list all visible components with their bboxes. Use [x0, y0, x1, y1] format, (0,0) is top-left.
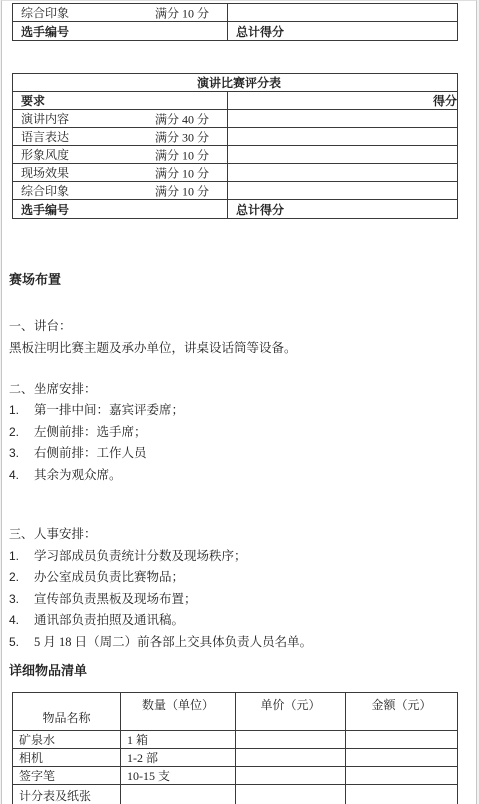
subsection-number: 三、 — [9, 524, 34, 546]
max-points-text: 满分 40 分 — [155, 110, 209, 127]
item-name-cell: 签字笔 — [13, 767, 121, 785]
list-item: 4. 通讯部负责拍照及通讯稿。 — [9, 610, 476, 632]
subsection-number: 一、 — [9, 316, 34, 338]
list-item: 3. 右侧前排：工作人员 — [9, 443, 476, 465]
subsection-number: 二、 — [9, 379, 34, 401]
quantity-cell — [121, 785, 236, 804]
table-row: 综合印象 满分 10 分 — [13, 182, 458, 200]
criterion-cell: 现场效果 满分 10 分 — [13, 164, 228, 182]
staffing-subsection: 三、 人事安排： 1. 学习部成员负责统计分数及现场秩序； 2. 办公室成员负责… — [9, 524, 476, 653]
quantity-header-cell: 数量（单位） — [121, 693, 236, 731]
list-item-text: 左侧前排：选手席； — [34, 422, 476, 444]
amount-header-cell: 金额（元） — [346, 693, 458, 731]
criterion-label: 演讲内容 — [21, 112, 69, 126]
score-value-cell — [228, 182, 458, 200]
player-number-cell: 选手编号 — [13, 200, 228, 219]
item-name-header-cell: 物品名称 — [13, 693, 121, 731]
list-item: 5. 5 月 18 日（周二）前各部上交具体负责人员名单。 — [9, 632, 476, 654]
table-row: 形象风度 满分 10 分 — [13, 146, 458, 164]
list-item-number: 4. — [9, 610, 34, 632]
player-number-cell: 选手编号 — [13, 22, 228, 41]
table-row: 相机 1-2 部 — [13, 749, 458, 767]
list-item-number: 4. — [9, 465, 34, 487]
criterion-cell: 演讲内容 满分 40 分 — [13, 110, 228, 128]
score-value-cell — [228, 146, 458, 164]
subsection-title-text: 讲台： — [34, 316, 476, 338]
list-item-text: 第一排中间：嘉宾评委席； — [34, 400, 476, 422]
unit-price-header-cell: 单价（元） — [236, 693, 346, 731]
table-title: 演讲比赛评分表 — [13, 74, 458, 92]
list-item: 4. 其余为观众席。 — [9, 465, 476, 487]
max-points-text: 满分 10 分 — [155, 164, 209, 181]
seating-subsection: 二、 坐席安排： 1. 第一排中间：嘉宾评委席； 2. 左侧前排：选手席； 3.… — [9, 379, 476, 487]
score-value-cell — [228, 164, 458, 182]
table-title-row: 演讲比赛评分表 — [13, 74, 458, 92]
list-item: 3. 宣传部负责黑板及现场布置； — [9, 589, 476, 611]
list-item-text: 通讯部负责拍照及通讯稿。 — [34, 610, 476, 632]
list-item: 1. 学习部成员负责统计分数及现场秩序； — [9, 546, 476, 568]
list-item-text: 右侧前排：工作人员 — [34, 443, 476, 465]
subsection-title-text: 人事安排： — [34, 524, 476, 546]
criterion-label: 综合印象 — [21, 184, 69, 198]
amount-cell — [346, 767, 458, 785]
table-row: 演讲内容 满分 40 分 — [13, 110, 458, 128]
score-header-cell: 得分 — [228, 92, 458, 110]
max-points-text: 满分 10 分 — [155, 182, 209, 199]
list-item-number: 1. — [9, 400, 34, 422]
speech-score-table: 演讲比赛评分表 要求 得分 演讲内容 满分 40 分 语言表达 满分 30 分 … — [12, 73, 458, 219]
amount-cell — [346, 785, 458, 804]
score-value-cell — [228, 4, 458, 22]
list-item-text: 5 月 18 日（周二）前各部上交具体负责人员名单。 — [34, 632, 476, 654]
list-item-text: 其余为观众席。 — [34, 465, 476, 487]
item-name-cell: 矿泉水 — [13, 731, 121, 749]
supplies-heading: 详细物品清单 — [9, 662, 476, 679]
subsection-title: 二、 坐席安排： — [9, 379, 476, 401]
list-item: 1. 第一排中间：嘉宾评委席； — [9, 400, 476, 422]
list-item-number: 5. — [9, 632, 34, 654]
subsection-title: 三、 人事安排： — [9, 524, 476, 546]
table-header-row: 要求 得分 — [13, 92, 458, 110]
table-row: 选手编号 总计得分 — [13, 22, 458, 41]
criterion-cell: 形象风度 满分 10 分 — [13, 146, 228, 164]
quantity-cell: 1 箱 — [121, 731, 236, 749]
criterion-label: 综合印象 — [21, 6, 69, 20]
list-item-text: 办公室成员负责比赛物品； — [34, 567, 476, 589]
score-summary-table-partial: 综合印象 满分 10 分 选手编号 总计得分 — [12, 3, 458, 41]
criterion-cell: 语言表达 满分 30 分 — [13, 128, 228, 146]
max-points-text: 满分 30 分 — [155, 128, 209, 145]
score-value-cell — [228, 110, 458, 128]
total-score-cell: 总计得分 — [228, 22, 458, 41]
list-item-number: 1. — [9, 546, 34, 568]
amount-cell — [346, 749, 458, 767]
quantity-cell: 10-15 支 — [121, 767, 236, 785]
table-row: 综合印象 满分 10 分 — [13, 4, 458, 22]
quantity-cell: 1-2 部 — [121, 749, 236, 767]
total-score-cell: 总计得分 — [228, 200, 458, 219]
unit-price-cell — [236, 785, 346, 804]
unit-price-cell — [236, 767, 346, 785]
list-item-number: 3. — [9, 589, 34, 611]
supplies-table: 物品名称 数量（单位） 单价（元） 金额（元） 矿泉水 1 箱 相机 1-2 部… — [12, 692, 458, 804]
criterion-label: 形象风度 — [21, 148, 69, 162]
table-row: 计分表及纸张 — [13, 785, 458, 804]
unit-price-cell — [236, 731, 346, 749]
venue-layout-heading: 赛场布置 — [9, 271, 476, 288]
subsection-title-text: 坐席安排： — [34, 379, 476, 401]
list-item-text: 学习部成员负责统计分数及现场秩序； — [34, 546, 476, 568]
criterion-cell: 综合印象 满分 10 分 — [13, 4, 228, 22]
table-header-row: 物品名称 数量（单位） 单价（元） 金额（元） — [13, 693, 458, 731]
document-page: 综合印象 满分 10 分 选手编号 总计得分 演讲比赛评分表 要求 得分 演讲内… — [1, 0, 477, 804]
list-item-number: 3. — [9, 443, 34, 465]
table-row: 矿泉水 1 箱 — [13, 731, 458, 749]
item-name-cell: 计分表及纸张 — [13, 785, 121, 804]
list-item: 2. 办公室成员负责比赛物品； — [9, 567, 476, 589]
requirements-header-cell: 要求 — [13, 92, 228, 110]
table-row: 语言表达 满分 30 分 — [13, 128, 458, 146]
max-points-text: 满分 10 分 — [155, 146, 209, 163]
table-row: 现场效果 满分 10 分 — [13, 164, 458, 182]
score-value-cell — [228, 128, 458, 146]
subsection-title: 一、 讲台： — [9, 316, 476, 338]
podium-subsection: 一、 讲台： 黑板注明比赛主题及承办单位，讲桌设话筒等设备。 — [9, 316, 476, 359]
max-points-text: 满分 10 分 — [155, 4, 209, 21]
list-item: 2. 左侧前排：选手席； — [9, 422, 476, 444]
criterion-cell: 综合印象 满分 10 分 — [13, 182, 228, 200]
table-row: 签字笔 10-15 支 — [13, 767, 458, 785]
criterion-label: 现场效果 — [21, 166, 69, 180]
list-item-text: 宣传部负责黑板及现场布置； — [34, 589, 476, 611]
criterion-label: 语言表达 — [21, 130, 69, 144]
table-row: 选手编号 总计得分 — [13, 200, 458, 219]
item-name-cell: 相机 — [13, 749, 121, 767]
amount-cell — [346, 731, 458, 749]
unit-price-cell — [236, 749, 346, 767]
list-item-number: 2. — [9, 422, 34, 444]
list-item-number: 2. — [9, 567, 34, 589]
podium-description: 黑板注明比赛主题及承办单位，讲桌设话筒等设备。 — [9, 338, 476, 359]
